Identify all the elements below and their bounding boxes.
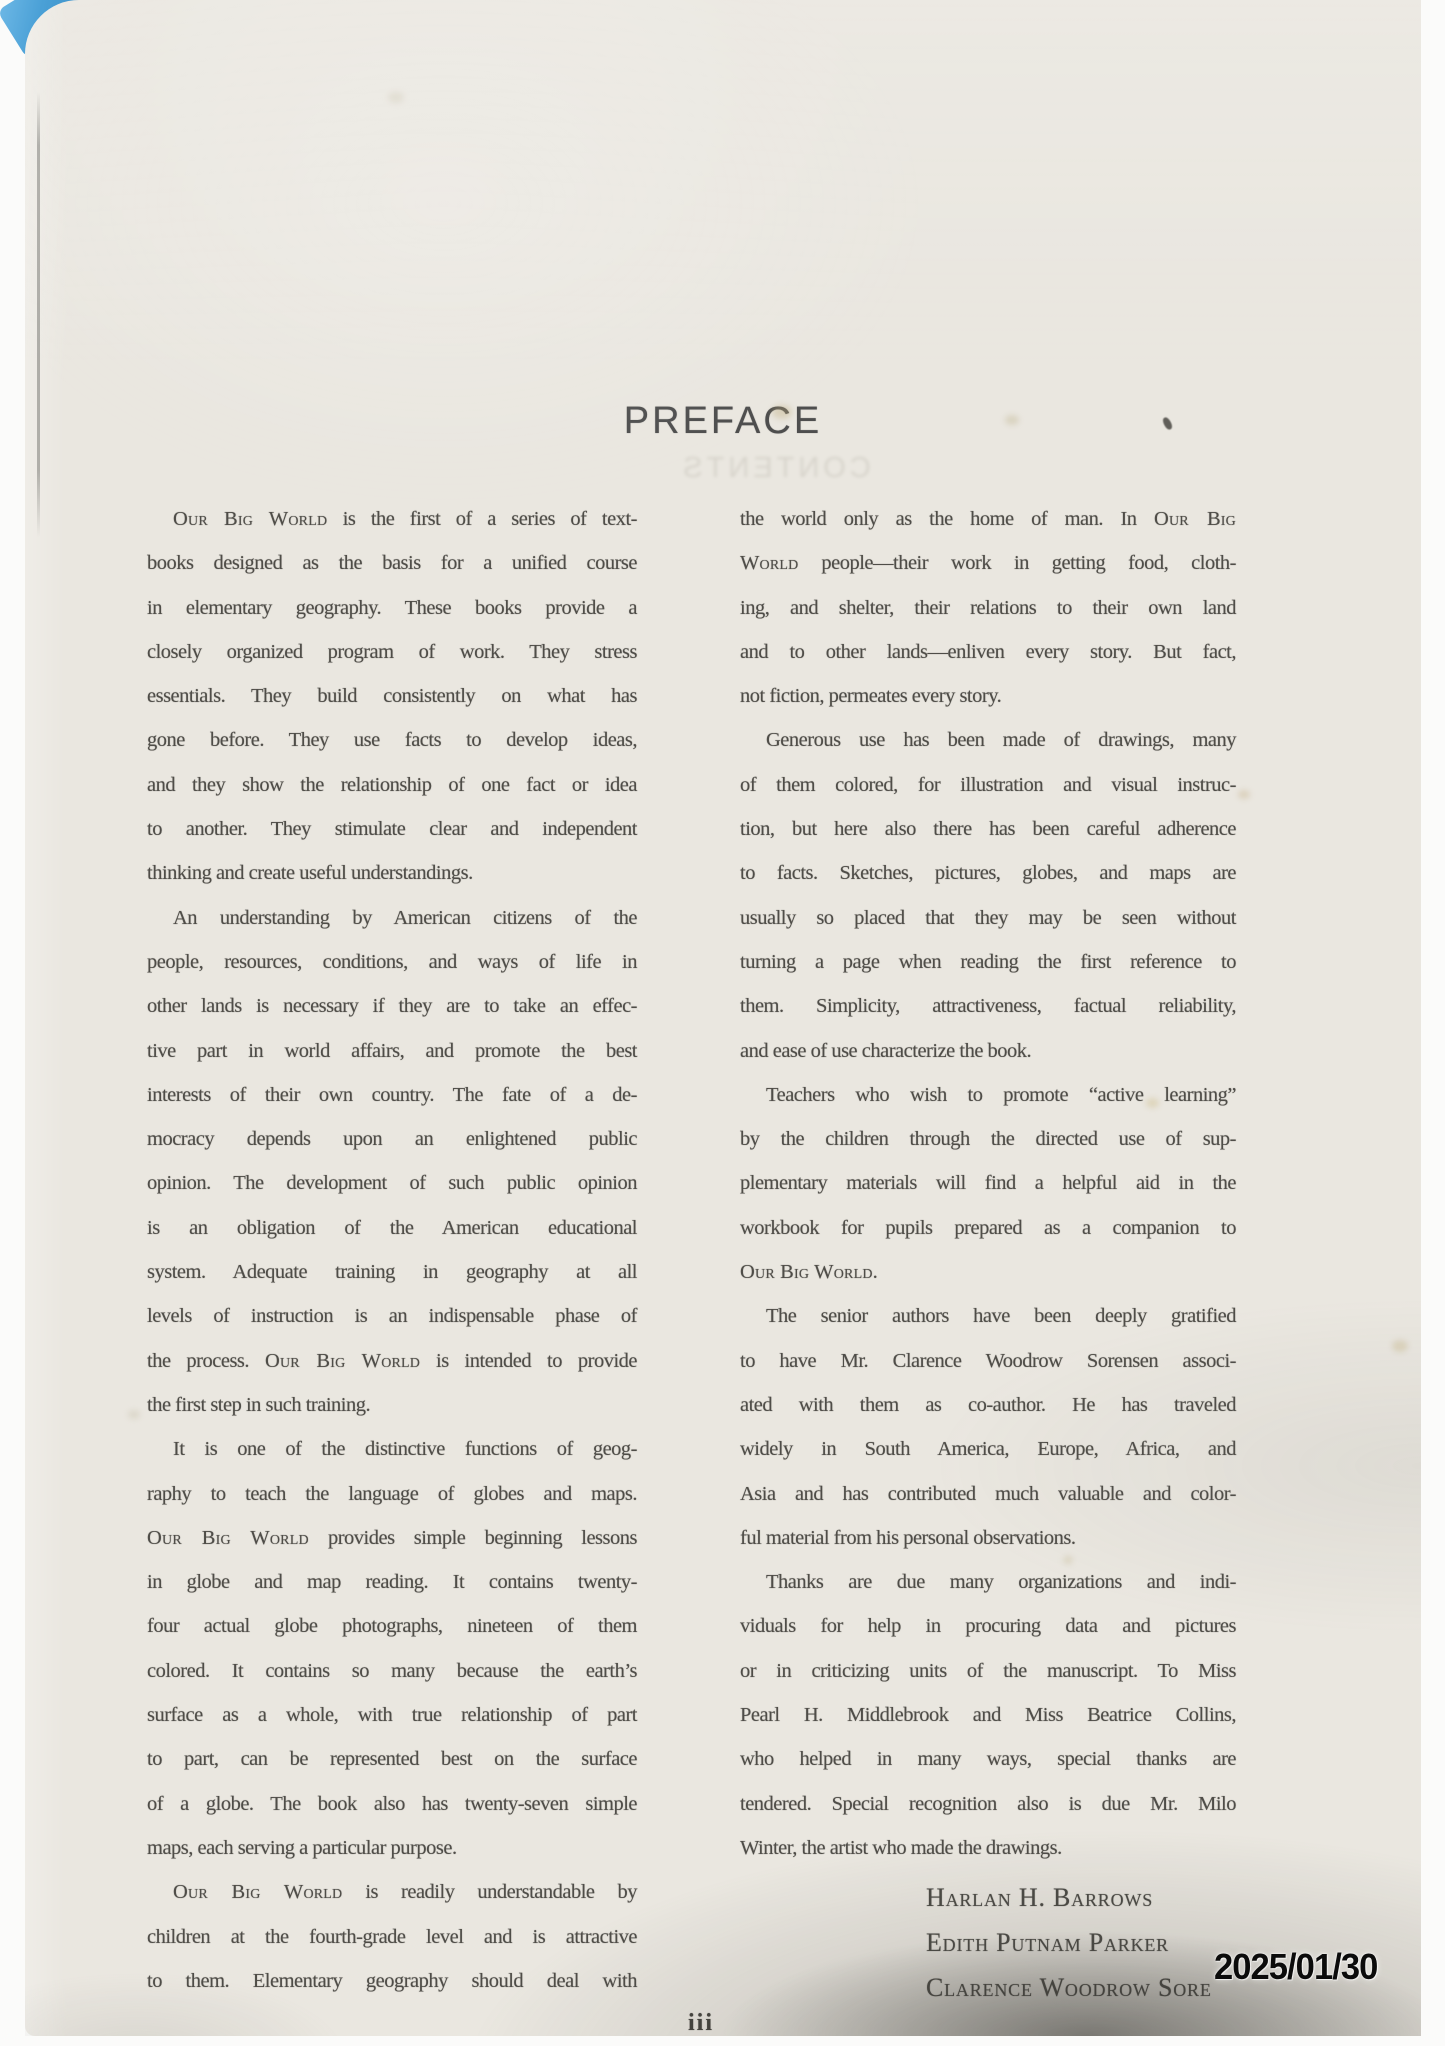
text-line: the world only as the home of man. In Ou… — [740, 497, 1236, 541]
text-line: essentials. They build consistently on w… — [147, 674, 637, 718]
text-line: maps, each serving a particular purpose. — [147, 1826, 637, 1870]
text-line: by the children through the directed use… — [740, 1117, 1236, 1161]
text-line: to have Mr. Clarence Woodrow Sorensen as… — [740, 1339, 1236, 1383]
text-line: usually so placed that they may be seen … — [740, 896, 1236, 940]
text-line: interests of their own country. The fate… — [147, 1073, 637, 1117]
text-line: of them colored, for illustration and vi… — [740, 763, 1236, 807]
text-line: them. Simplicity, attractiveness, factua… — [740, 984, 1236, 1028]
text-line: viduals for help in procuring data and p… — [740, 1604, 1236, 1648]
text-line: and ease of use characterize the book. — [740, 1029, 1236, 1073]
text-line: children at the fourth-grade level and i… — [147, 1915, 637, 1959]
text-column-left: Our Big World is the first of a series o… — [147, 497, 637, 2003]
page-number: iii — [688, 2010, 714, 2037]
text-line: or in criticizing units of the manuscrip… — [740, 1649, 1236, 1693]
text-line: to them. Elementary geography should dea… — [147, 1959, 637, 2003]
text-line: who helped in many ways, special thanks … — [740, 1737, 1236, 1781]
text-line: and to other lands—enliven every story. … — [740, 630, 1236, 674]
stain — [128, 1410, 140, 1419]
text-line: four actual globe photographs, nineteen … — [147, 1604, 637, 1648]
text-line: the process. Our Big World is intended t… — [147, 1339, 637, 1383]
text-line: raphy to teach the language of globes an… — [147, 1472, 637, 1516]
text-line: system. Adequate training in geography a… — [147, 1250, 637, 1294]
text-line: plementary materials will find a helpful… — [740, 1161, 1236, 1205]
text-line: tion, but here also there has been caref… — [740, 807, 1236, 851]
text-line: turning a page when reading the first re… — [740, 940, 1236, 984]
text-line: tendered. Special recognition also is du… — [740, 1782, 1236, 1826]
text-line: ing, and shelter, their relations to the… — [740, 586, 1236, 630]
text-line: workbook for pupils prepared as a compan… — [740, 1206, 1236, 1250]
signature-block: Harlan H. BarrowsEdith Putnam ParkerClar… — [740, 1875, 1236, 2010]
text-line: Winter, the artist who made the drawings… — [740, 1826, 1236, 1870]
text-line: is an obligation of the American educati… — [147, 1206, 637, 1250]
text-line: in elementary geography. These books pro… — [147, 586, 637, 630]
text-line: thinking and create useful understanding… — [147, 851, 637, 895]
photo-background: CONTENTS PREFACE Our Big World is the fi… — [0, 0, 1445, 2046]
text-line: tive part in world affairs, and promote … — [147, 1029, 637, 1073]
date-stamp: 2025/01/30 — [1214, 1949, 1377, 1985]
text-line: colored. It contains so many because the… — [147, 1649, 637, 1693]
text-line: books designed as the basis for a unifie… — [147, 541, 637, 585]
stain — [1392, 1340, 1408, 1352]
text-line: ful material from his personal observati… — [740, 1516, 1236, 1560]
text-line: Pearl H. Middlebrook and Miss Beatrice C… — [740, 1693, 1236, 1737]
book-page: CONTENTS PREFACE Our Big World is the fi… — [25, 0, 1421, 2036]
signature-line: Clarence Woodrow Sore — [926, 1965, 1236, 2010]
text-line: Our Big World. — [740, 1250, 1236, 1294]
text-line: other lands is necessary if they are to … — [147, 984, 637, 1028]
ghost-showthrough-text: CONTENTS — [600, 452, 950, 485]
text-line: to facts. Sketches, pictures, globes, an… — [740, 851, 1236, 895]
text-line: ated with them as co-author. He has trav… — [740, 1383, 1236, 1427]
text-line: people, resources, conditions, and ways … — [147, 940, 637, 984]
text-line: Teachers who wish to promote “active lea… — [740, 1073, 1236, 1117]
text-line: An understanding by American citizens of… — [147, 896, 637, 940]
stain — [1238, 790, 1250, 799]
signature-line: Edith Putnam Parker — [926, 1920, 1236, 1965]
text-line: Generous use has been made of drawings, … — [740, 718, 1236, 762]
text-line: The senior authors have been deeply grat… — [740, 1294, 1236, 1338]
text-line: Thanks are due many organizations and in… — [740, 1560, 1236, 1604]
text-line: the first step in such training. — [147, 1383, 637, 1427]
page-title: PREFACE — [25, 400, 1421, 443]
text-line: in globe and map reading. It contains tw… — [147, 1560, 637, 1604]
text-line: World people—their work in getting food,… — [740, 541, 1236, 585]
text-column-right: the world only as the home of man. In Ou… — [740, 497, 1236, 2010]
text-line: of a globe. The book also has twenty-sev… — [147, 1782, 637, 1826]
text-line: Our Big World is readily understandable … — [147, 1870, 637, 1914]
text-line: gone before. They use facts to develop i… — [147, 718, 637, 762]
text-line: surface as a whole, with true relationsh… — [147, 1693, 637, 1737]
text-line: closely organized program of work. They … — [147, 630, 637, 674]
page-crease-line — [37, 92, 40, 537]
text-line: and they show the relationship of one fa… — [147, 763, 637, 807]
text-line: Asia and has contributed much valuable a… — [740, 1472, 1236, 1516]
text-line: not fiction, permeates every story. — [740, 674, 1236, 718]
text-line: to part, can be represented best on the … — [147, 1737, 637, 1781]
text-line: Our Big World is the first of a series o… — [147, 497, 637, 541]
text-line: widely in South America, Europe, Africa,… — [740, 1427, 1236, 1471]
text-line: to another. They stimulate clear and ind… — [147, 807, 637, 851]
signature-line: Harlan H. Barrows — [926, 1875, 1236, 1920]
text-line: opinion. The development of such public … — [147, 1161, 637, 1205]
text-line: levels of instruction is an indispensabl… — [147, 1294, 637, 1338]
text-line: It is one of the distinctive functions o… — [147, 1427, 637, 1471]
stain — [388, 92, 404, 103]
text-line: mocracy depends upon an enlightened publ… — [147, 1117, 637, 1161]
text-line: Our Big World provides simple beginning … — [147, 1516, 637, 1560]
